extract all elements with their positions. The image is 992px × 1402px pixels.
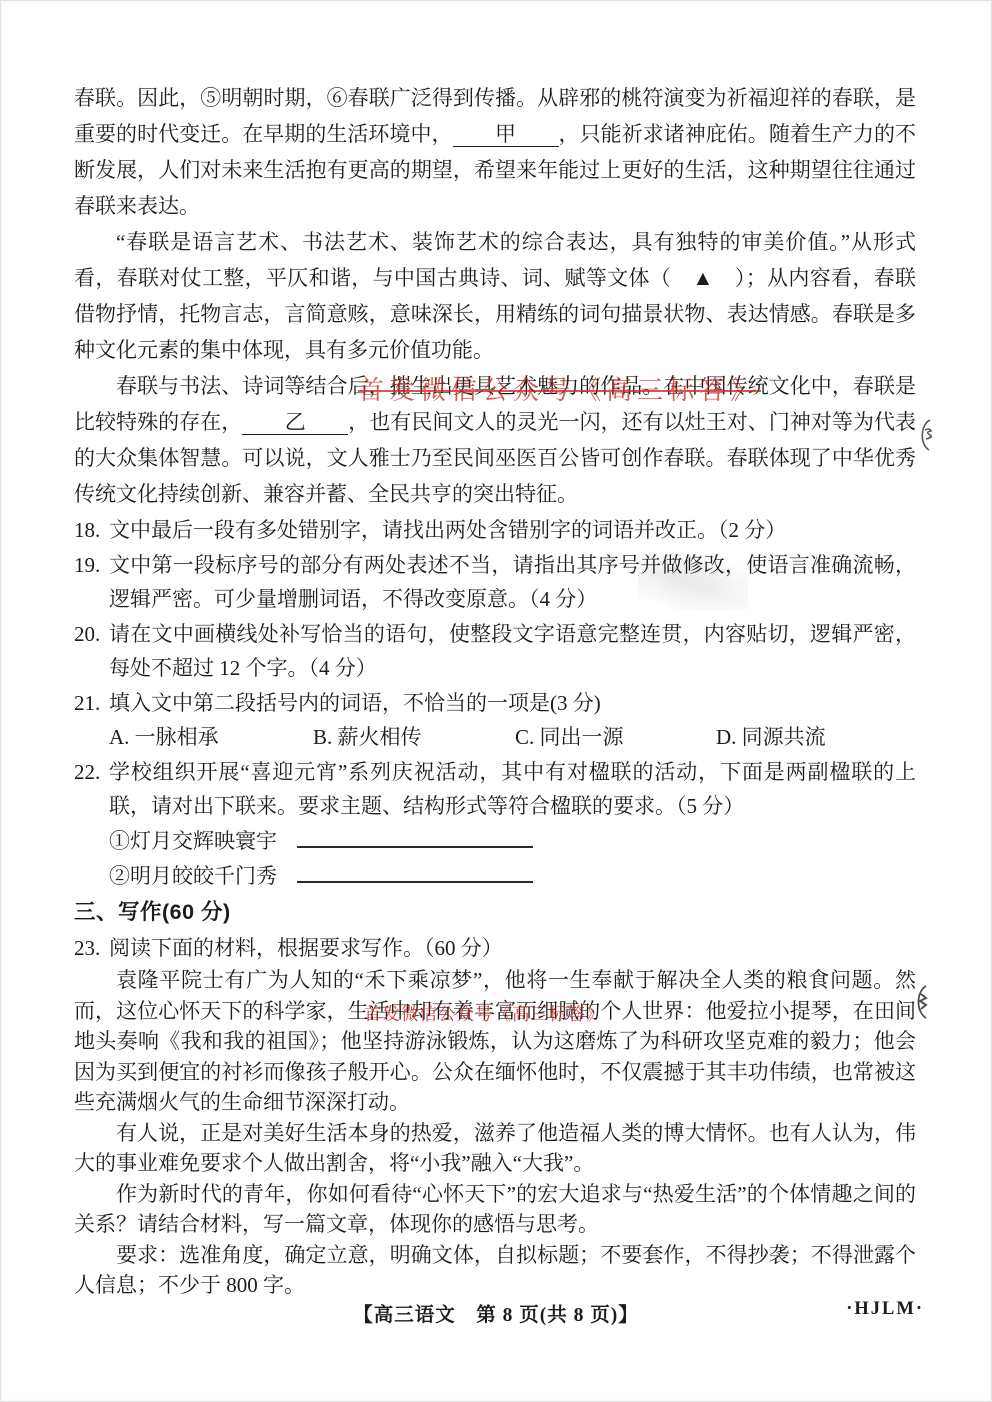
question-19: 19.文中第一段标序号的部分有两处表述不当，请指出其序号并做修改，使语言准确流畅…	[74, 548, 916, 617]
option-d-text: 同源共流	[742, 725, 826, 749]
page-edge-stamp-icon	[916, 418, 934, 452]
couplet-2-answer-line	[297, 861, 533, 883]
question-23-number: 23.	[74, 931, 100, 966]
material-paragraph-3: 作为新时代的青年，你如何看待“心怀天下”的宏大追求与“热爱生活”的个体情趣之间的…	[74, 1179, 916, 1240]
section-3-heading: 三、写作(60 分)	[74, 894, 916, 931]
question-22-text: 学校组织开展“喜迎元宵”系列庆祝活动，其中有对楹联的活动，下面是两副楹联的上联，…	[109, 760, 916, 819]
option-a: A. 一脉相承	[109, 720, 313, 755]
footer-page-label: 【高三语文 第 8 页(共 8 页)】	[0, 1299, 992, 1327]
question-23-lead: 阅读下面的材料，根据要求写作。（60 分）	[109, 936, 503, 960]
page-footer: 【高三语文 第 8 页(共 8 页)】 ·HJLM·	[0, 1299, 992, 1329]
material-paragraph-1: 袁隆平院士有广为人知的“禾下乘凉梦”，他将一生奉献于解决全人类的粮食问题。然而，…	[74, 965, 916, 1118]
question-20-number: 20.	[74, 617, 100, 652]
option-d-label: D.	[716, 725, 736, 749]
option-b: B. 薪火相传	[313, 720, 515, 755]
couplet-2: ②明月皎皎千门秀	[74, 859, 916, 894]
question-21: 21.填入文中第二段括号内的词语，不恰当的一项是(3 分)	[74, 686, 916, 721]
question-21-options: A. 一脉相承B. 薪火相传C. 同出一源D. 同源共流	[74, 720, 916, 755]
question-21-text: 填入文中第二段括号内的词语，不恰当的一项是(3 分)	[109, 691, 601, 715]
couplet-1-text: 灯月交辉映寰宇	[130, 829, 277, 853]
page-edge-stamp-icon	[912, 984, 930, 1020]
question-19-number: 19.	[74, 548, 100, 583]
footer-paper-code: ·HJLM·	[846, 1299, 924, 1320]
question-21-number: 21.	[74, 686, 100, 721]
essay-material: 袁隆平院士有广为人知的“禾下乘凉梦”，他将一生奉献于解决全人类的粮食问题。然而，…	[74, 965, 916, 1301]
option-a-label: A.	[109, 725, 129, 749]
blank-yi: 乙	[242, 410, 348, 435]
question-22-number: 22.	[74, 755, 100, 790]
question-19-text: 文中第一段标序号的部分有两处表述不当，请指出其序号并做修改，使语言准确流畅，逻辑…	[109, 553, 916, 612]
question-20: 20.请在文中画横线处补写恰当的语句，使整段文字语意完整连贯，内容贴切，逻辑严密…	[74, 617, 916, 686]
question-23: 23.阅读下面的材料，根据要求写作。（60 分）	[74, 931, 916, 966]
option-d: D. 同源共流	[716, 720, 826, 755]
passage-paragraph-3: 春联与书法、诗词等结合后，摧生出更具艺术魅力的作品。在中国传统文化中，春联是比较…	[74, 368, 916, 512]
page-content: 春联。因此，⑤明朝时期，⑥春联广泛得到传播。从辟邪的桃符演变为祈福迎祥的春联，是…	[74, 80, 916, 1301]
option-c: C. 同出一源	[515, 720, 716, 755]
passage-paragraph-2: “春联是语言艺术、书法艺术、装饰艺术的综合表达，具有独特的审美价值。”从形式看，…	[74, 224, 916, 368]
question-22: 22.学校组织开展“喜迎元宵”系列庆祝活动，其中有对楹联的活动，下面是两副楹联的…	[74, 755, 916, 824]
couplet-1-answer-line	[297, 826, 533, 848]
couplet-1: ①灯月交辉映寰宇	[74, 824, 916, 859]
couplet-1-marker: ①	[109, 829, 130, 853]
blank-jia: 甲	[453, 122, 559, 147]
option-b-text: 薪火相传	[338, 725, 422, 749]
couplet-2-marker: ②	[109, 864, 130, 888]
essay-requirements: 要求：选准角度，确定立意，明确文体，自拟标题；不要套作，不得抄袭；不得泄露个人信…	[74, 1240, 916, 1301]
passage-paragraph-1: 春联。因此，⑤明朝时期，⑥春联广泛得到传播。从辟邪的桃符演变为祈福迎祥的春联，是…	[74, 80, 916, 224]
question-18-number: 18.	[74, 513, 100, 548]
option-a-text: 一脉相承	[135, 725, 219, 749]
blank-jia-label: 甲	[495, 122, 516, 146]
material-paragraph-2: 有人说，正是对美好生活本身的热爱，滋养了他造福人类的博大情怀。也有人认为，伟大的…	[74, 1118, 916, 1179]
option-b-label: B.	[313, 725, 332, 749]
option-c-label: C.	[515, 725, 534, 749]
question-18-text: 文中最后一段有多处错别字，请找出两处含错别字的词语并改正。（2 分）	[109, 518, 786, 542]
question-20-text: 请在文中画横线处补写恰当的语句，使整段文字语意完整连贯，内容贴切，逻辑严密，每处…	[109, 622, 916, 681]
option-c-text: 同出一源	[540, 725, 624, 749]
exam-paper-page: 春联。因此，⑤明朝时期，⑥春联广泛得到传播。从辟邪的桃符演变为祈福迎祥的春联，是…	[0, 0, 992, 1402]
couplet-2-text: 明月皎皎千门秀	[130, 864, 277, 888]
questions-block: 18.文中最后一段有多处错别字，请找出两处含错别字的词语并改正。（2 分） 19…	[74, 513, 916, 894]
blank-yi-label: 乙	[285, 410, 306, 434]
question-18: 18.文中最后一段有多处错别字，请找出两处含错别字的词语并改正。（2 分）	[74, 513, 916, 548]
